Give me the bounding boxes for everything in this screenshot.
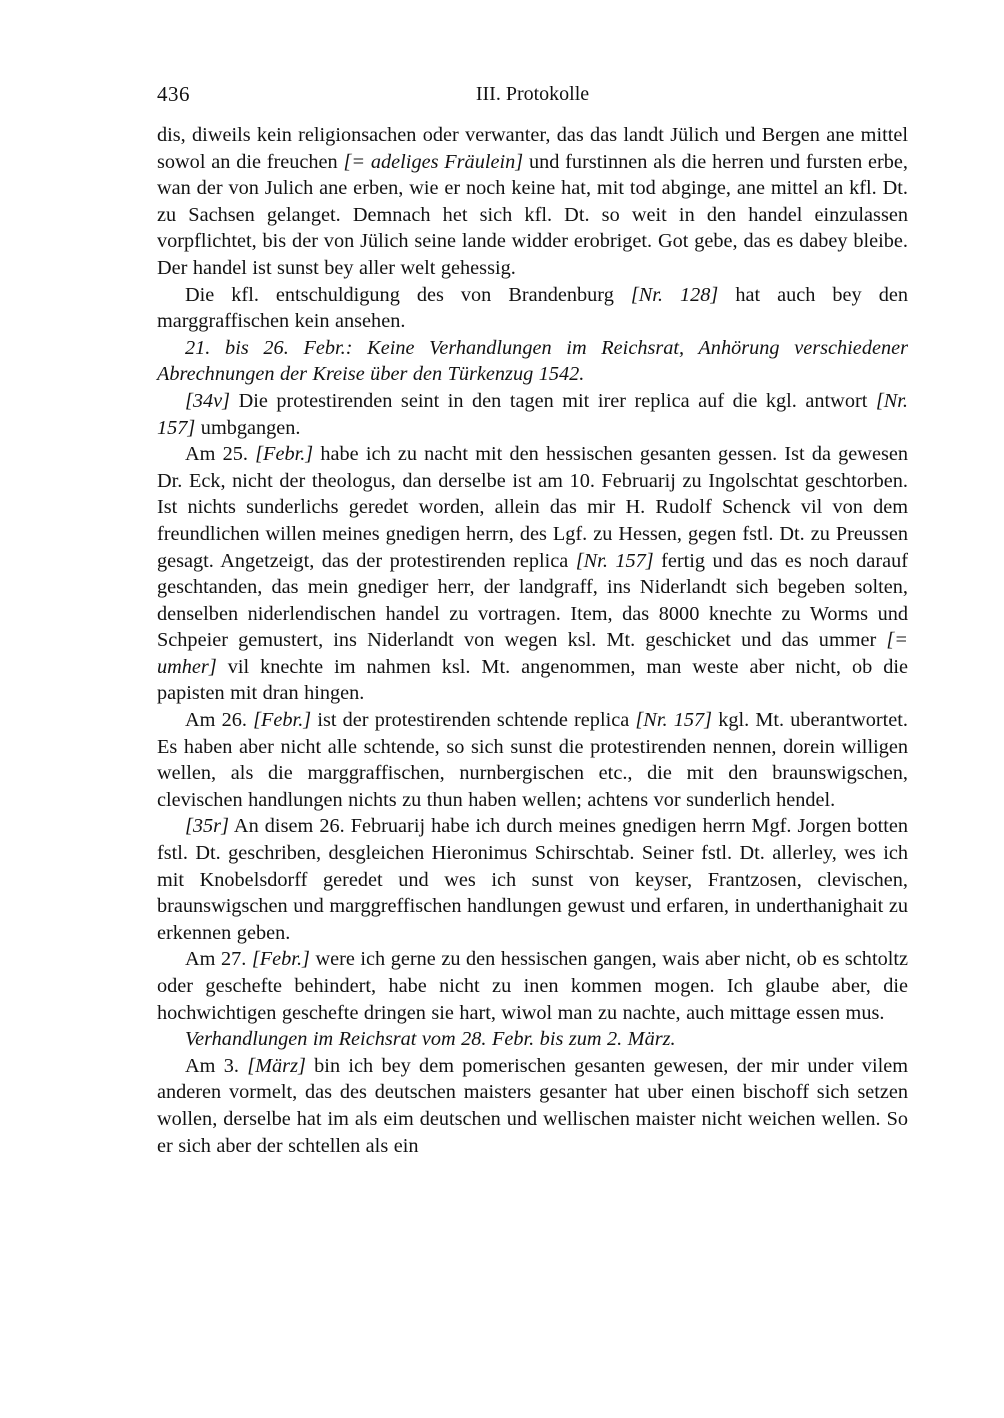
paragraph: 21. bis 26. Febr.: Keine Verhandlungen i…: [157, 335, 908, 388]
paragraph: Am 26. [Febr.] ist der protestirenden sc…: [157, 707, 908, 813]
text-run: An disem 26. Februarij habe ich durch me…: [157, 815, 908, 943]
text-run: vil knechte im nahmen ksl. Mt. angenomme…: [157, 656, 908, 705]
italic-run: [Febr.]: [255, 443, 313, 465]
text-run: Die protestirenden seint in den tagen mi…: [230, 390, 876, 412]
paragraph: dis, diweils kein religionsachen oder ve…: [157, 122, 908, 282]
paragraph: [34v] Die protestirenden seint in den ta…: [157, 388, 908, 441]
text-run: Am 27.: [185, 948, 252, 970]
italic-run: [Febr.]: [253, 709, 311, 731]
italic-run: [Nr. 157]: [635, 709, 712, 731]
page-header: 436 III. Protokolle: [157, 82, 908, 109]
italic-run: [Febr.]: [252, 948, 310, 970]
paragraph: [35r] An disem 26. Februarij habe ich du…: [157, 813, 908, 946]
text-run: Die kfl. entschuldigung des von Brandenb…: [185, 284, 631, 306]
paragraph: Am 3. [März] bin ich bey dem pomerischen…: [157, 1053, 908, 1159]
italic-run: [34v]: [185, 390, 230, 412]
italic-run: [März]: [247, 1055, 306, 1077]
book-page: 436 III. Protokolle dis, diweils kein re…: [0, 0, 1004, 1418]
italic-run: [35r]: [185, 815, 229, 837]
text-run: umbgangen.: [195, 417, 300, 439]
text-run: Am 25.: [185, 443, 255, 465]
italic-run: [Nr. 157]: [576, 550, 654, 572]
paragraph: Am 25. [Febr.] habe ich zu nacht mit den…: [157, 441, 908, 707]
paragraph: Die kfl. entschuldigung des von Brandenb…: [157, 282, 908, 335]
italic-run: [Nr. 128]: [631, 284, 718, 306]
italic-run: Verhandlungen im Reichsrat vom 28. Febr.…: [185, 1028, 676, 1050]
text-run: Am 3.: [185, 1055, 247, 1077]
text-run: Am 26.: [185, 709, 253, 731]
italic-run: 21. bis 26. Febr.: Keine Verhandlungen i…: [157, 337, 908, 386]
paragraph: Verhandlungen im Reichsrat vom 28. Febr.…: [157, 1026, 908, 1053]
italic-run: [= adeliges Fräulein]: [344, 151, 524, 173]
page-body: dis, diweils kein religionsachen oder ve…: [157, 122, 908, 1159]
running-head: III. Protokolle: [157, 83, 908, 106]
paragraph: Am 27. [Febr.] were ich gerne zu den hes…: [157, 946, 908, 1026]
text-run: ist der protestirenden schtende replica: [311, 709, 635, 731]
